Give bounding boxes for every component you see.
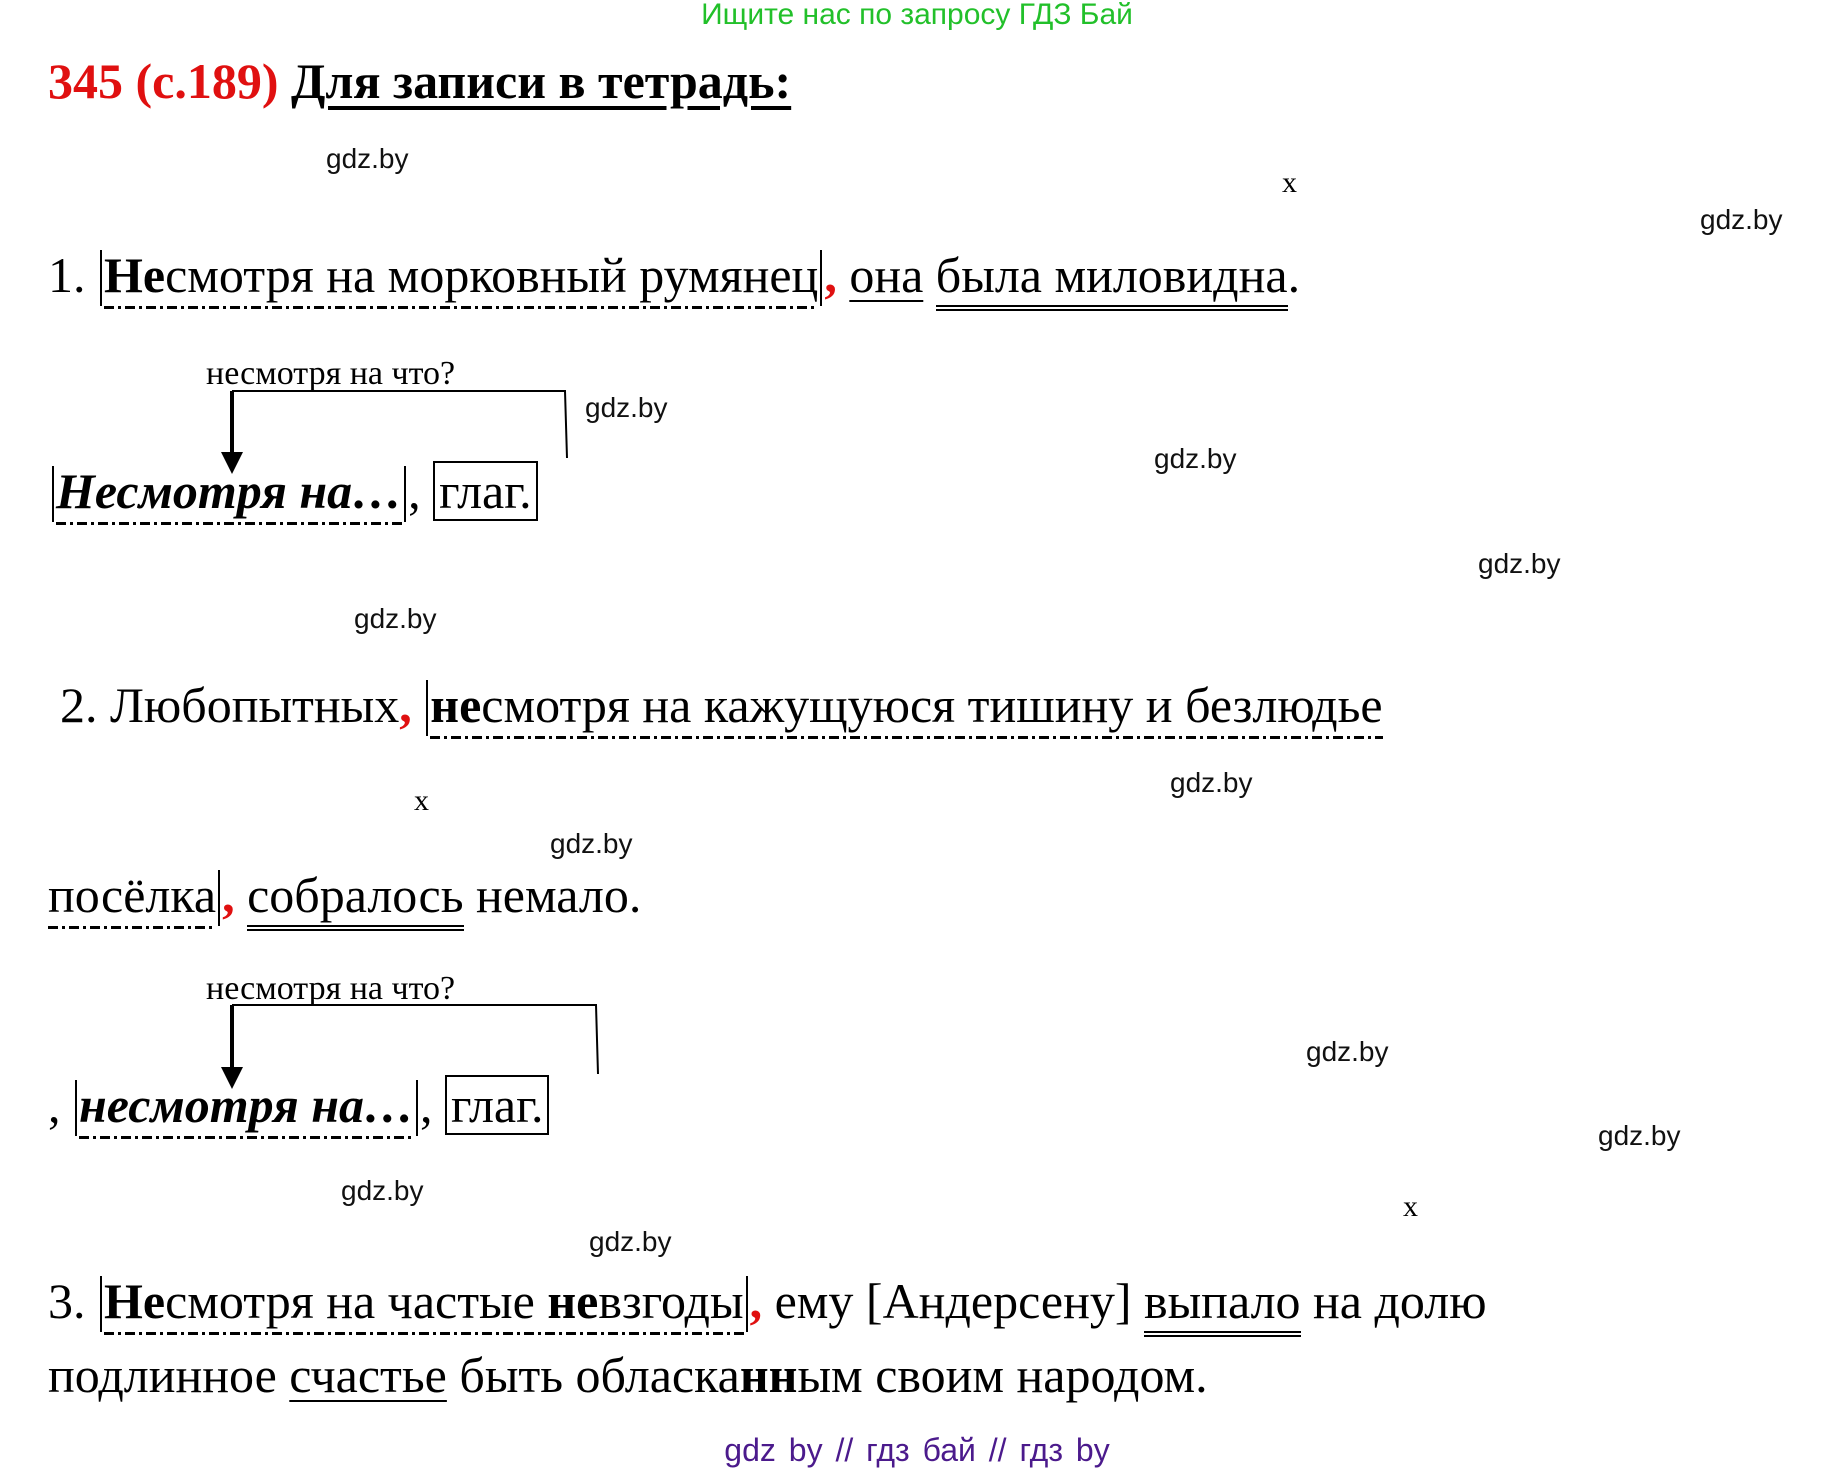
clause-boundary [426,680,428,736]
adverbial-phrase: несмотря на кажущуюся тишину и безлюдье [430,677,1382,741]
clause-boundary [52,466,54,522]
comma-mark: , [399,677,412,733]
adverbial-phrase: посёлка [48,867,216,931]
sentence-3-line-2: подлинное счастье быть обласканным своим… [48,1346,1208,1404]
scheme-phrase: несмотря на… [79,1077,414,1141]
sentence-3-line-1: 3. Несмотря на частые невзгоды, ему [Анд… [48,1272,1487,1332]
predicate: выпало [1144,1273,1301,1337]
footer-watermark: gdz by // гдз бай // гдз by [0,1432,1834,1469]
verb-box: глаг. [445,1075,549,1135]
sentence-2-line-1: 2. Любопытных, несмотря на кажущуюся тиш… [60,676,1383,736]
comma-mark: , [750,1273,763,1329]
scheme-1: Несмотря на…, глаг. [50,462,538,522]
subject: счастье [289,1347,447,1403]
clause-boundary [218,870,220,926]
adverbial-phrase: Несмотря на частые невзгоды [104,1273,744,1337]
comma-mark: , [222,867,235,923]
verb-box: глаг. [433,461,537,521]
scheme-2: , несмотря на…, глаг. [48,1076,549,1136]
scheme-question: несмотря на что? [206,970,455,1008]
scheme-phrase: Несмотря на… [56,463,402,527]
sentence-2-line-2: посёлка, собралось немало. [48,866,641,926]
clause-boundary [75,1080,77,1136]
clause-boundary [746,1276,748,1332]
predicate: собралось [247,867,463,931]
clause-boundary [416,1080,418,1136]
clause-boundary [100,1276,102,1332]
clause-boundary [404,466,406,522]
